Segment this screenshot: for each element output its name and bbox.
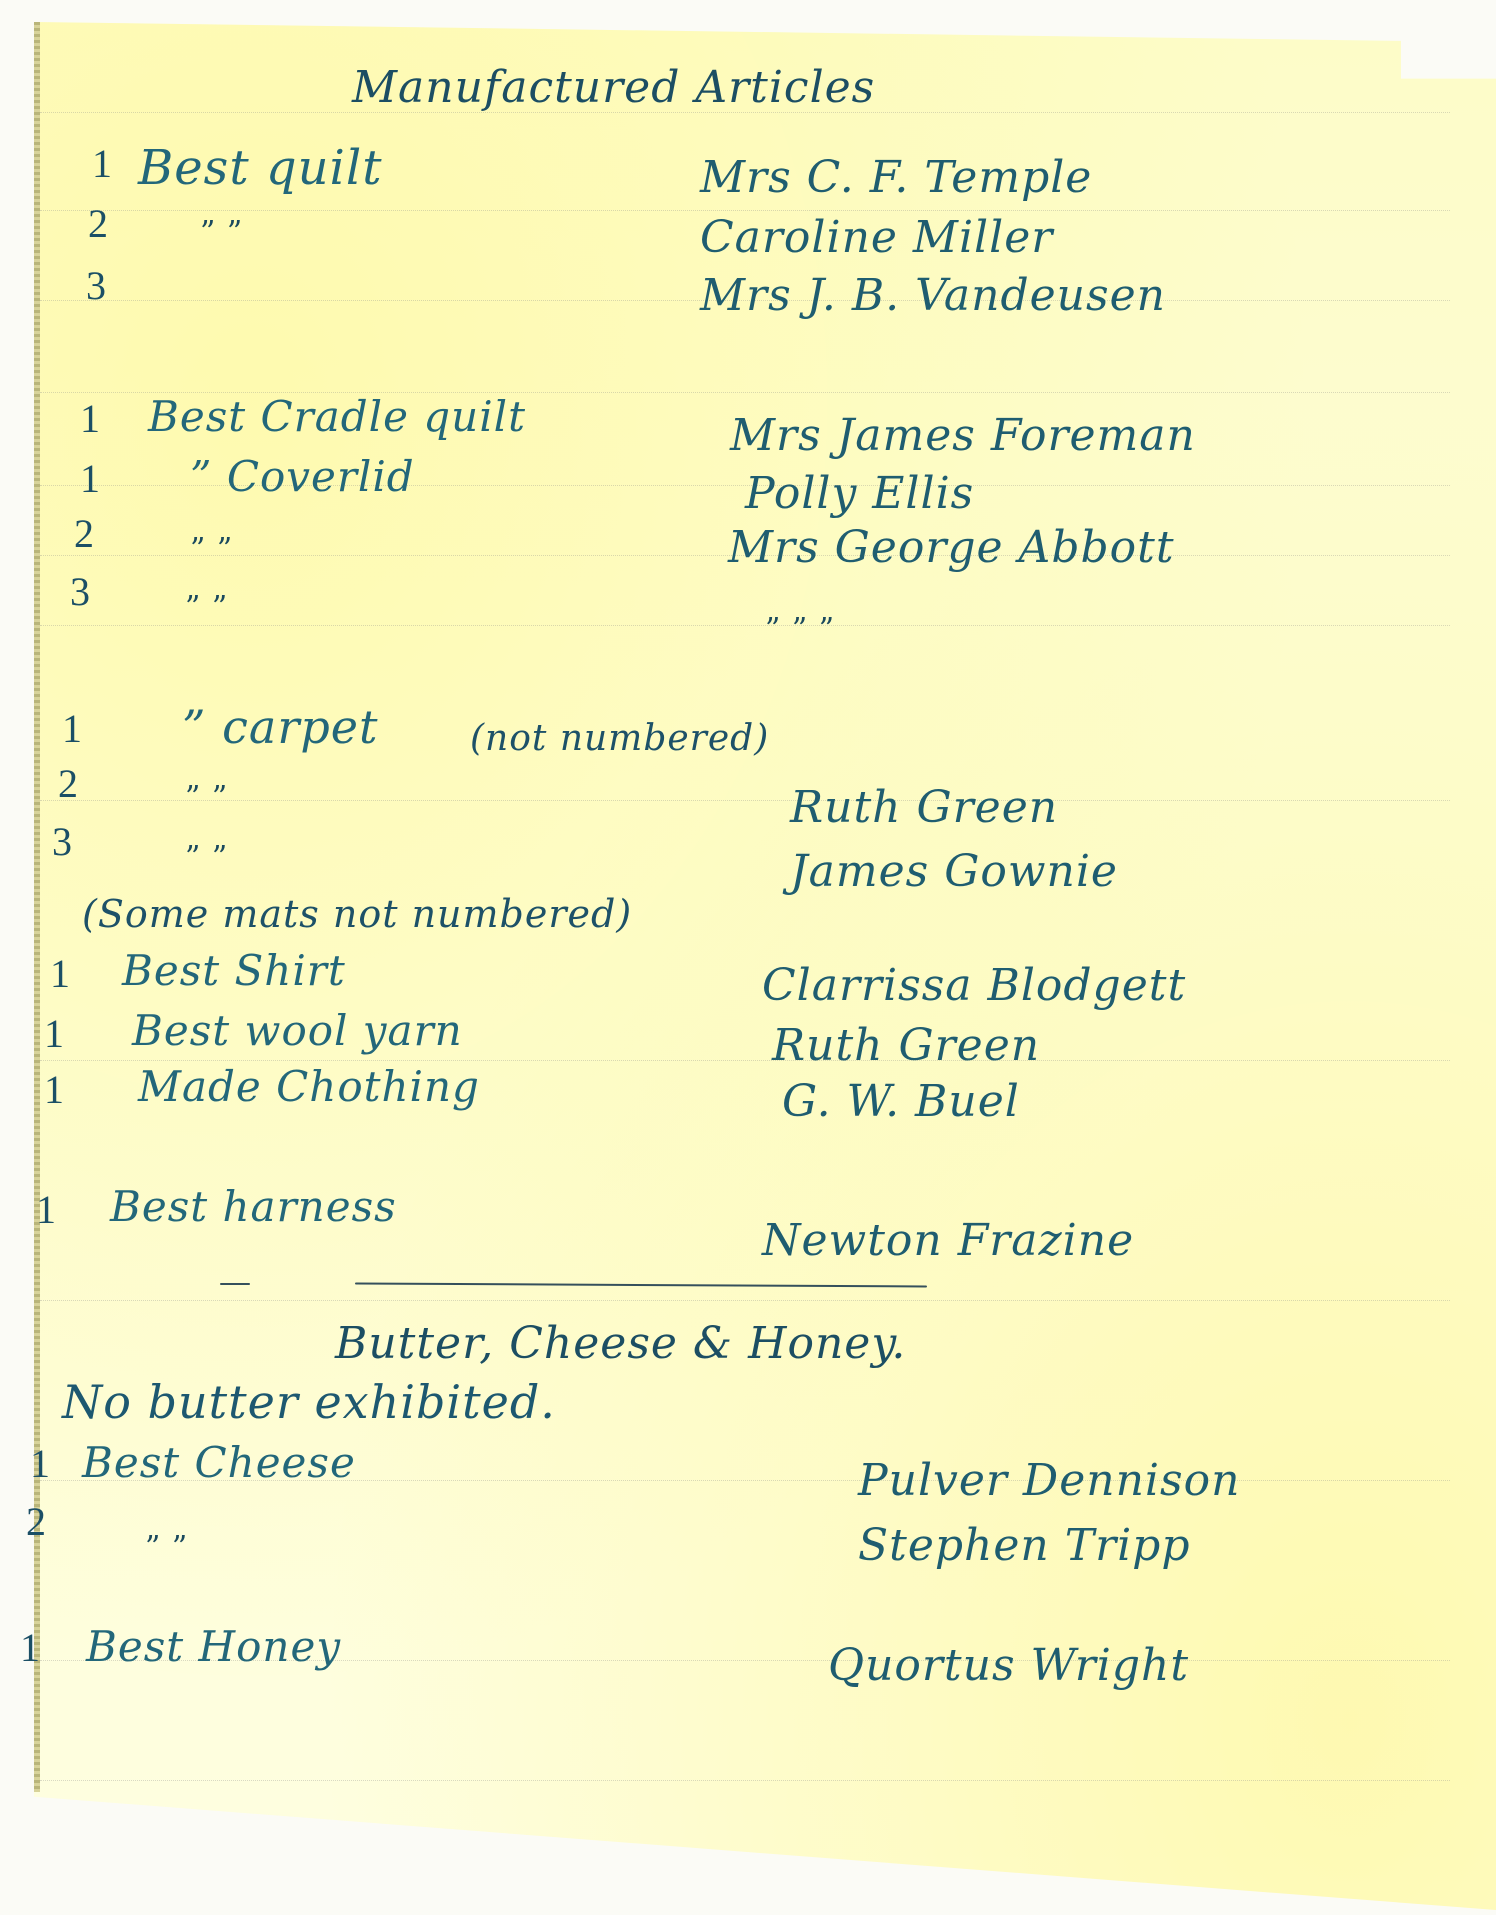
ditto-mark: ” ”	[200, 215, 243, 250]
item-label: Best Shirt	[122, 946, 346, 995]
rank-number: 3	[70, 568, 91, 615]
winner-name: Clarrissa Blodgett	[762, 960, 1186, 1011]
winner-name: Mrs George Abbott	[728, 522, 1175, 573]
section-divider-dash	[220, 1283, 250, 1285]
item-label: Made Chothing	[138, 1062, 480, 1111]
ruled-line	[40, 1060, 1450, 1061]
rank-number: 1	[44, 1010, 65, 1057]
rank-number: 2	[26, 1498, 47, 1545]
winner-name: G. W. Buel	[782, 1076, 1020, 1127]
item-label: ” Coverlid	[190, 452, 415, 501]
winner-name: Stephen Tripp	[858, 1520, 1191, 1571]
rank-number: 1	[36, 1186, 57, 1233]
ditto-mark: ” ”	[185, 590, 228, 625]
ditto-mark: ” ”	[185, 840, 228, 875]
winner-name: Caroline Miller	[700, 212, 1053, 263]
ruled-line	[40, 800, 1450, 801]
ruled-line	[40, 210, 1450, 211]
winner-name: Ruth Green	[790, 782, 1058, 833]
winner-name: Newton Frazine	[762, 1215, 1134, 1266]
annotation-note: (Some mats not numbered)	[82, 892, 632, 936]
winner-name: Polly Ellis	[745, 468, 974, 519]
winner-name: Pulver Dennison	[858, 1455, 1240, 1506]
winner-name: Mrs J. B. Vandeusen	[700, 270, 1166, 321]
ditto-mark: ” ”	[145, 1530, 188, 1565]
winner-name: Mrs James Foreman	[730, 410, 1196, 461]
ditto-mark: ” ”	[185, 780, 228, 815]
annotation-note: (not numbered)	[470, 718, 769, 759]
rank-number: 2	[74, 510, 95, 557]
winner-name: Mrs C. F. Temple	[700, 152, 1092, 203]
rank-number: 1	[44, 1066, 65, 1113]
rank-number: 1	[92, 140, 113, 187]
item-label: Best Honey	[86, 1622, 341, 1671]
item-label: Best quilt	[138, 140, 383, 196]
rank-number: 1	[30, 1440, 51, 1487]
section-remark: No butter exhibited.	[62, 1375, 556, 1429]
section-heading-manufactured-articles: Manufactured Articles	[352, 62, 875, 113]
section-heading-butter-cheese-honey: Butter, Cheese & Honey.	[335, 1318, 906, 1369]
rank-number: 1	[62, 705, 83, 752]
rank-number: 2	[58, 760, 79, 807]
ruled-line	[40, 625, 1450, 626]
rank-number: 3	[52, 818, 73, 865]
rank-number: 1	[50, 950, 71, 997]
item-label: ” carpet	[182, 700, 378, 754]
item-label: Best harness	[110, 1182, 397, 1231]
item-label: Best wool yarn	[132, 1006, 463, 1055]
rank-number: 1	[80, 395, 101, 442]
rank-number: 2	[88, 200, 109, 247]
winner-name: Ruth Green	[772, 1020, 1040, 1071]
ruled-line	[40, 1780, 1450, 1781]
ruled-line	[40, 1300, 1450, 1301]
rank-number: 3	[86, 262, 107, 309]
ditto-mark-winner: ” ” ”	[765, 612, 835, 647]
winner-name: Quortus Wright	[828, 1640, 1189, 1691]
rank-number: 1	[80, 455, 101, 502]
item-label: Best Cradle quilt	[148, 392, 526, 441]
item-label: Best Cheese	[82, 1438, 356, 1487]
ditto-mark: ” ”	[190, 532, 233, 567]
rank-number: 1	[20, 1624, 41, 1671]
winner-name: James Gownie	[790, 846, 1118, 897]
